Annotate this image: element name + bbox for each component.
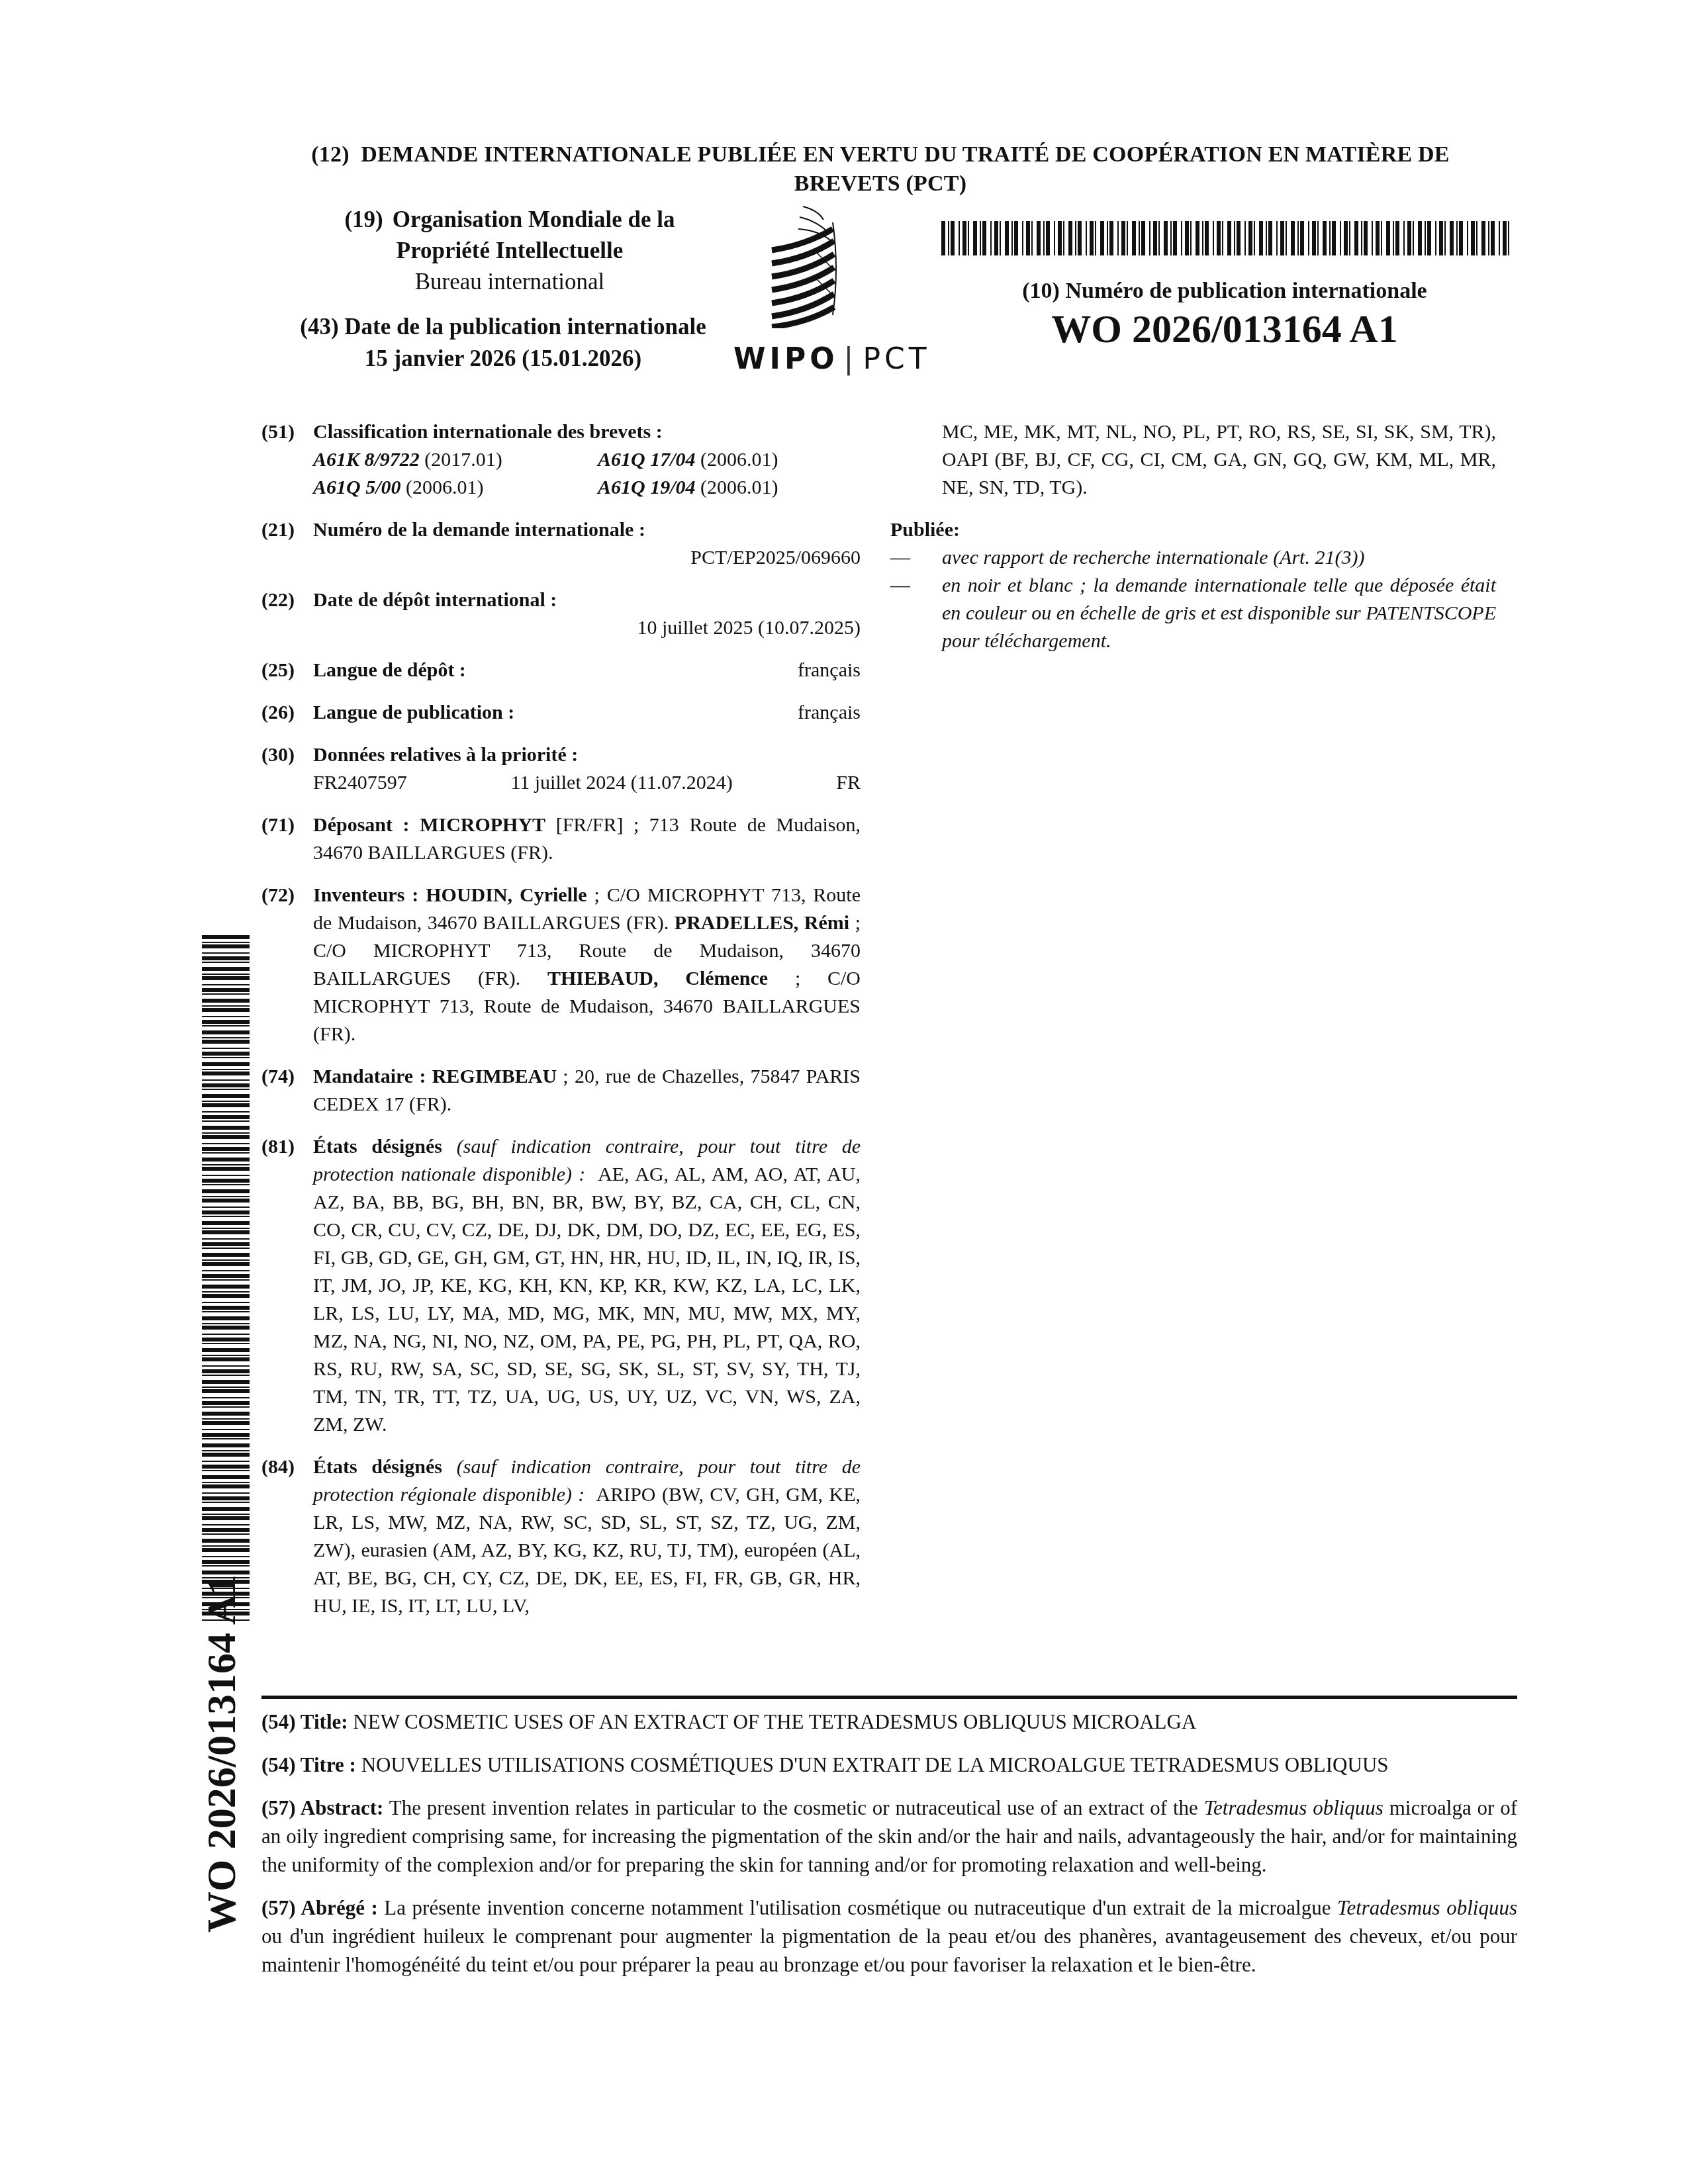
dash-bullet: — — [890, 572, 942, 655]
inid-code: (84) — [261, 1453, 313, 1620]
inid-code-10: (10) — [1022, 279, 1060, 303]
published-heading: Publiée: — [890, 516, 1496, 544]
bibliographic-left-column: (51) Classification internationale des b… — [261, 418, 861, 1635]
wipo-wordmark: WIPO — [733, 342, 839, 376]
ipc-class: A61Q 17/04 (2006.01) — [598, 446, 861, 474]
org-bureau: Bureau international — [311, 266, 708, 297]
inid-code-19: (19) — [344, 206, 383, 232]
field-72-inventors: (72) Inventeurs : HOUDIN, Cyrielle ; C/O… — [261, 882, 861, 1048]
filing-language: français — [587, 657, 861, 684]
priority-date: 11 juillet 2024 (11.07.2024) — [510, 769, 732, 797]
field-label: Classification internationale des brevet… — [313, 418, 861, 446]
inid-code: (30) — [261, 741, 313, 797]
field-label: Langue de dépôt : — [313, 657, 587, 684]
applicant-name: MICROPHYT — [420, 814, 545, 836]
field-label: États désignés — [313, 1136, 442, 1158]
inid-code: (25) — [261, 657, 313, 684]
field-21-application-number: (21) Numéro de la demande internationale… — [261, 516, 861, 572]
field-label: Date de dépôt international : — [313, 586, 861, 614]
field-26-publication-language: (26) Langue de publication : français — [261, 699, 861, 727]
abstract-french: (57) Abrégé : La présente invention conc… — [261, 1893, 1517, 1979]
priority-number: FR2407597 — [313, 769, 407, 797]
wipo-pct-wordmark: WIPO|PCT — [733, 343, 931, 376]
vertical-publication-number: WO 2026/013164 A1 — [199, 1574, 245, 1933]
org-name-line1: Organisation Mondiale de la — [393, 206, 675, 232]
field-30-priority: (30) Données relatives à la priorité : F… — [261, 741, 861, 797]
wipo-globe-logo-icon — [767, 203, 839, 328]
abstract-english: (57) Abstract: The present invention rel… — [261, 1794, 1517, 1879]
field-label: Mandataire : — [313, 1066, 426, 1087]
publication-date-block: (43) Date de la publication internationa… — [271, 311, 735, 375]
publication-number: WO 2026/013164 A1 — [966, 306, 1483, 352]
field-label: Numéro de la demande internationale : — [313, 516, 861, 544]
field-label: Langue de publication : — [313, 699, 587, 727]
inid-code: (72) — [261, 882, 313, 1048]
inid-code-12: (12) — [311, 142, 349, 167]
wordmark-separator: | — [844, 342, 858, 376]
inid-code: (71) — [261, 811, 313, 867]
publication-number-label: (10) Numéro de publication international… — [966, 277, 1483, 306]
ipc-class: A61K 8/9722 (2017.01) — [313, 446, 598, 474]
ipc-class: A61Q 19/04 (2006.01) — [598, 474, 861, 502]
published-item-text: avec rapport de recherche internationale… — [942, 544, 1496, 572]
publication-date-label: Date de la publication internationale — [344, 314, 706, 340]
application-number: PCT/EP2025/069660 — [313, 544, 861, 572]
published-item-text: en noir et blanc ; la demande internatio… — [942, 572, 1496, 655]
title-abstract-section: (54) Title: NEW COSMETIC USES OF AN EXTR… — [261, 1707, 1517, 1993]
field-51-classification: (51) Classification internationale des b… — [261, 418, 861, 502]
publication-language: français — [587, 699, 861, 727]
inid-code-43: (43) — [300, 314, 338, 340]
inventor-name: PRADELLES, Rémi — [675, 912, 849, 934]
section-divider — [261, 1696, 1517, 1699]
document-type-title: DEMANDE INTERNATIONALE PUBLIÉE EN VERTU … — [361, 142, 1449, 196]
organisation-block: (19)Organisation Mondiale de la Propriét… — [311, 204, 708, 297]
designated-states-list: AE, AG, AL, AM, AO, AT, AU, AZ, BA, BB, … — [313, 1163, 861, 1435]
inid-code: (22) — [261, 586, 313, 642]
field-25-filing-language: (25) Langue de dépôt : français — [261, 657, 861, 684]
vertical-barcode-icon — [202, 935, 250, 1623]
bibliographic-right-column: MC, ME, MK, MT, NL, NO, PL, PT, RO, RS, … — [890, 418, 1496, 655]
org-name-line2: Propriété Intellectuelle — [311, 235, 708, 266]
title-english: (54) Title: NEW COSMETIC USES OF AN EXTR… — [261, 1707, 1517, 1736]
filing-date: 10 juillet 2025 (10.07.2025) — [313, 614, 861, 642]
published-item: — avec rapport de recherche internationa… — [890, 544, 1496, 572]
field-label: États désignés — [313, 1456, 442, 1478]
inid-code: (81) — [261, 1133, 313, 1439]
barcode-icon — [941, 221, 1511, 255]
published-item: — en noir et blanc ; la demande internat… — [890, 572, 1496, 655]
inid-code: (26) — [261, 699, 313, 727]
document-type-heading: (12) DEMANDE INTERNATIONALE PUBLIÉE EN V… — [278, 140, 1483, 199]
ipc-class: A61Q 5/00 (2006.01) — [313, 474, 598, 502]
field-label: Déposant : — [313, 814, 410, 836]
inventor-name: THIEBAUD, Clémence — [547, 968, 768, 989]
field-label: Données relatives à la priorité : — [313, 741, 861, 769]
field-81-designated-states-national: (81) États désignés (sauf indication con… — [261, 1133, 861, 1439]
title-french: (54) Titre : NOUVELLES UTILISATIONS COSM… — [261, 1751, 1517, 1779]
dash-bullet: — — [890, 544, 942, 572]
inventor-name: HOUDIN, Cyrielle — [426, 884, 586, 906]
field-84-continued: MC, ME, MK, MT, NL, NO, PL, PT, RO, RS, … — [890, 418, 1496, 502]
publication-date-value: 15 janvier 2026 (15.01.2026) — [271, 343, 735, 375]
inid-code: (74) — [261, 1063, 313, 1118]
agent-name: REGIMBEAU — [432, 1066, 557, 1087]
publication-number-label-text: Numéro de publication internationale — [1065, 279, 1427, 303]
field-71-applicant: (71) Déposant : MICROPHYT [FR/FR] ; 713 … — [261, 811, 861, 867]
field-22-filing-date: (22) Date de dépôt international : 10 ju… — [261, 586, 861, 642]
field-84-designated-states-regional: (84) États désignés (sauf indication con… — [261, 1453, 861, 1620]
inid-code: (21) — [261, 516, 313, 572]
pct-wordmark: PCT — [863, 342, 930, 376]
inid-code: (51) — [261, 418, 313, 502]
regional-states-list-continued: MC, ME, MK, MT, NL, NO, PL, PT, RO, RS, … — [942, 418, 1496, 502]
field-label: Inventeurs : — [313, 884, 418, 906]
field-74-agent: (74) Mandataire : REGIMBEAU ; 20, rue de… — [261, 1063, 861, 1118]
priority-country: FR — [836, 769, 861, 797]
